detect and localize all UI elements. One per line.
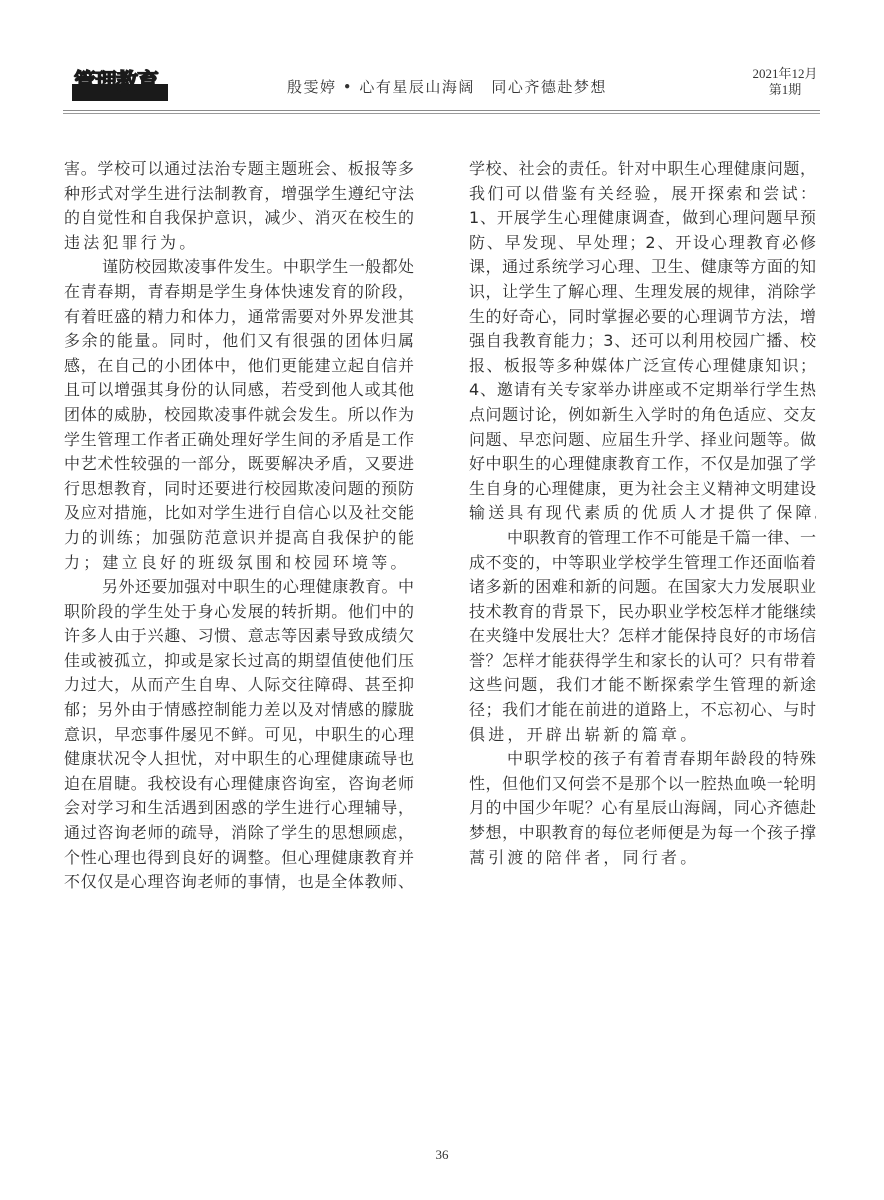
issue-info: 2021年12月 第1期 [735,66,835,98]
text-line: 多余的能量。同时，他们又有很强的团体归属 [64,329,414,354]
text-line: 生自身的心理健康，更为社会主义精神文明建设 [469,477,816,502]
text-line: 课，通过系统学习心理、卫生、健康等方面的知 [469,255,816,280]
journal-logo: 管理教育 [70,68,168,101]
text-line: 感，在自己的小团体中，他们更能建立起自信并 [64,354,414,379]
issue-number: 第1期 [735,82,835,98]
text-line: 谨防校园欺凌事件发生。中职学生一般都处 [64,255,414,280]
text-line: 防、早发现、早处理；2、开设心理教育必修 [469,231,816,256]
text-line: 另外还要加强对中职生的心理健康教育。中 [64,575,414,600]
text-line: 个性心理也得到良好的调整。但心理健康教育并 [64,846,414,871]
text-line: 行思想教育，同时还要进行校园欺凌问题的预防 [64,477,414,502]
text-line: 佳或被孤立，抑或是家长过高的期望值使他们压 [64,649,414,674]
text-line: 俱进，开辟出崭新的篇章。 [469,723,816,748]
page-header: 管理教育 殷雯婷 • 心有星辰山海阔 同心齐德赴梦想 2021年12月 第1期 [0,0,884,120]
text-line: 技术教育的背景下，民办职业学校怎样才能继续 [469,600,816,625]
text-line: 在青春期，青春期是学生身体快速发育的阶段， [64,280,414,305]
text-line: 好中职生的心理健康教育工作，不仅是加强了学 [469,452,816,477]
text-line: 强自我教育能力；3、还可以利用校园广播、校 [469,329,816,354]
text-line: 学校、社会的责任。针对中职生心理健康问题， [469,157,816,182]
text-line: 4、邀请有关专家举办讲座或不定期举行学生热 [469,378,816,403]
text-line: 健康状况令人担忧，对中职生的心理健康疏导也 [64,747,414,772]
text-line: 1、开展学生心理健康调查，做到心理问题早预 [469,206,816,231]
text-line: 这些问题，我们才能不断探索学生管理的新途 [469,673,816,698]
text-line: 径；我们才能在前进的道路上，不忘初心、与时 [469,698,816,723]
text-line: 学生管理工作者正确处理好学生间的矛盾是工作 [64,428,414,453]
text-line: 且可以增强其身份的认同感，若受到他人或其他 [64,378,414,403]
text-line: 蒿引渡的陪伴者，同行者。 [469,846,816,871]
text-line: 中职学校的孩子有着青春期年龄段的特殊 [469,747,816,772]
text-line: 问题、早恋问题、应届生升学、择业问题等。做 [469,428,816,453]
text-line: 力；建立良好的班级氛围和校园环境等。 [64,551,414,576]
right-column: 学校、社会的责任。针对中职生心理健康问题，我们可以借鉴有关经验，展开探索和尝试：… [469,157,816,870]
text-line: 力过大，从而产生自卑、人际交往障碍、甚至抑 [64,673,414,698]
text-line: 意识，早恋事件屡见不鲜。可见，中职生的心理 [64,723,414,748]
header-rule-bottom [63,113,820,114]
text-line: 输送具有现代素质的优质人才提供了保障。 [469,501,816,526]
running-title: 殷雯婷 • 心有星辰山海阔 同心齐德赴梦想 [287,76,607,97]
text-line: 识，让学生了解心理、生理发展的规律，消除学 [469,280,816,305]
text-line: 月的中国少年呢？心有星辰山海阔，同心齐德赴 [469,796,816,821]
logo-text: 管理教育 [74,68,158,98]
text-line: 违法犯罪行为。 [64,231,414,256]
text-line: 种形式对学生进行法制教育，增强学生遵纪守法 [64,182,414,207]
text-line: 梦想，中职教育的每位老师便是为每一个孩子撑 [469,821,816,846]
text-line: 在夹缝中发展壮大？怎样才能保持良好的市场信 [469,624,816,649]
text-line: 誉？怎样才能获得学生和家长的认可？只有带着 [469,649,816,674]
text-line: 团体的威胁，校园欺凌事件就会发生。所以作为 [64,403,414,428]
text-line: 有着旺盛的精力和体力，通常需要对外界发泄其 [64,305,414,330]
issue-date: 2021年12月 [735,66,835,82]
text-line: 迫在眉睫。我校设有心理健康咨询室，咨询老师 [64,772,414,797]
text-line: 报、板报等多种媒体广泛宣传心理健康知识； [469,354,816,379]
text-line: 生的好奇心，同时掌握必要的心理调节方法，增 [469,305,816,330]
text-line: 的自觉性和自我保护意识，减少、消灭在校生的 [64,206,414,231]
text-line: 成不变的，中等职业学校学生管理工作还面临着 [469,551,816,576]
text-line: 力的训练；加强防范意识并提高自我保护的能 [64,526,414,551]
text-line: 不仅仅是心理咨询老师的事情，也是全体教师、 [64,870,414,895]
text-line: 性，但他们又何尝不是那个以一腔热血唤一轮明 [469,772,816,797]
text-line: 点问题讨论，例如新生入学时的角色适应、交友 [469,403,816,428]
text-line: 诸多新的困难和新的问题。在国家大力发展职业 [469,575,816,600]
page-number: 36 [0,1147,884,1163]
text-line: 通过咨询老师的疏导，消除了学生的思想顾虑， [64,821,414,846]
text-line: 中职教育的管理工作不可能是千篇一律、一 [469,526,816,551]
header-rule-top [63,110,820,111]
text-line: 我们可以借鉴有关经验，展开探索和尝试： [469,182,816,207]
text-line: 郁；另外由于情感控制能力差以及对情感的朦胧 [64,698,414,723]
text-line: 害。学校可以通过法治专题主题班会、板报等多 [64,157,414,182]
text-line: 会对学习和生活遇到困惑的学生进行心理辅导， [64,796,414,821]
text-line: 许多人由于兴趣、习惯、意志等因素导致成绩欠 [64,624,414,649]
left-column: 害。学校可以通过法治专题主题班会、板报等多种形式对学生进行法制教育，增强学生遵纪… [64,157,414,895]
text-line: 及应对措施，比如对学生进行自信心以及社交能 [64,501,414,526]
text-line: 职阶段的学生处于身心发展的转折期。他们中的 [64,600,414,625]
text-line: 中艺术性较强的一部分，既要解决矛盾，又要进 [64,452,414,477]
